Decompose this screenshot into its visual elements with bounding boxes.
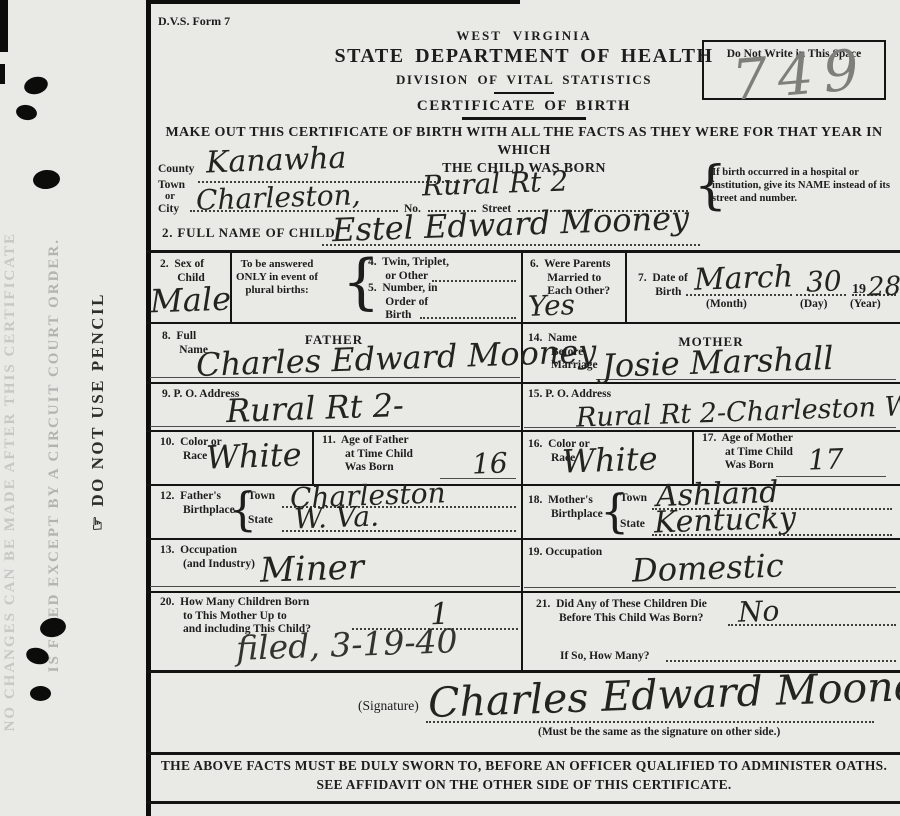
mother-birthplace-label: 18. Mother's Birthplace <box>528 494 603 521</box>
father-state-value: W. Va. <box>294 503 380 534</box>
cell-divider <box>312 430 314 484</box>
father-birthplace-label: 12. Father's Birthplace <box>160 490 235 517</box>
mother-occupation-line <box>524 587 896 588</box>
father-age-value: 16 <box>472 449 509 478</box>
form-number: D.V.S. Form 7 <box>158 14 230 28</box>
birth-order-line <box>420 317 516 319</box>
father-state-label: State <box>248 514 273 528</box>
hole-punch <box>30 686 51 701</box>
mother-race-value: White <box>561 442 658 477</box>
route-value: Rural Rt 2 <box>422 167 569 200</box>
hole-punch <box>22 74 50 97</box>
or-label: or <box>165 191 175 203</box>
birth-year-value: 28 <box>868 273 900 300</box>
mother-occupation-value: Domestic <box>631 549 784 586</box>
pointing-hand-icon: ☞ <box>88 513 107 531</box>
date-of-birth-label: 7. Date of Birth <box>638 272 688 299</box>
hole-punch <box>32 169 61 190</box>
mother-town-label: Town <box>620 492 647 506</box>
section-border <box>146 752 900 755</box>
plural-births-note: To be answered ONLY in event of plural b… <box>236 258 318 297</box>
sex-value: Male <box>149 283 231 318</box>
year-prefix: 19 <box>852 282 866 299</box>
city-value: Charleston, <box>196 181 361 215</box>
mother-age-line <box>776 476 886 477</box>
form-left-border <box>146 0 151 816</box>
children-died-label: 21. Did Any of These Children Die Before… <box>536 598 707 625</box>
center-divider <box>521 250 523 670</box>
father-race-value: White <box>205 438 302 473</box>
how-many-line <box>666 660 896 662</box>
signature-label: (Signature) <box>358 698 419 714</box>
margin-stamp-line2: IS FILED EXCEPT BY A CIRCUIT COURT ORDER… <box>46 238 63 672</box>
file-number-handwritten: 749 <box>730 42 871 110</box>
pencil-stamp-text: DO NOT USE PENCIL <box>88 292 107 507</box>
mother-age-value: 17 <box>808 445 845 474</box>
birth-month-value: March <box>694 262 794 295</box>
child-name-label: 2. FULL NAME OF CHILD <box>162 225 335 240</box>
day-sublabel: (Day) <box>800 298 827 312</box>
father-town-label: Town <box>248 490 275 504</box>
footer-statement-line2: SEE AFFIDAVIT ON THE OTHER SIDE OF THIS … <box>148 777 900 793</box>
hospital-note: If birth occurred in a hospital or insti… <box>712 167 898 206</box>
children-died-value: No <box>738 597 780 626</box>
hole-punch <box>39 616 68 639</box>
scan-edge-artifact <box>0 0 8 52</box>
filed-note: filed, 3-19-40 <box>235 624 458 665</box>
margin-stamp-line1: NO CHANGES CAN BE MADE AFTER THIS CERTIF… <box>2 232 19 731</box>
mother-name-value: Josie Marshall <box>602 342 835 382</box>
county-label: County <box>158 163 194 177</box>
table-border <box>146 250 900 253</box>
mother-po-value: Rural Rt 2-Charleston W.Va. <box>576 391 900 431</box>
signature-value: Charles Edward Mooney <box>427 665 900 724</box>
mother-state-label: State <box>620 518 645 532</box>
mother-age-label: 17. Age of Mother at Time Child Was Born <box>702 432 793 473</box>
city-label: City <box>158 203 179 217</box>
cell-divider <box>692 430 694 484</box>
county-value: Kanawha <box>206 144 347 179</box>
table-border <box>146 322 900 324</box>
how-many-label: If So, How Many? <box>560 650 649 664</box>
bottom-border <box>146 801 900 804</box>
header-rule <box>494 92 554 94</box>
child-name-value: Estel Edward Mooney <box>332 202 690 246</box>
footer-statement-line1: THE ABOVE FACTS MUST BE DULY SWORN TO, B… <box>148 758 900 774</box>
hole-punch <box>15 103 38 121</box>
title-rule <box>462 117 586 120</box>
cell-divider <box>625 250 627 322</box>
signature-note: (Must be the same as the signature on ot… <box>538 726 780 740</box>
scan-edge-artifact <box>0 64 5 84</box>
table-border <box>146 538 900 540</box>
father-age-label: 11. Age of Father at Time Child Was Born <box>322 434 413 475</box>
father-po-value: Rural Rt 2- <box>225 389 404 427</box>
birth-day-value: 30 <box>806 267 843 296</box>
birth-certificate-scan: NO CHANGES CAN BE MADE AFTER THIS CERTIF… <box>0 0 900 816</box>
table-border <box>146 484 900 486</box>
mother-po-label: 15. P. O. Address <box>528 388 611 402</box>
table-border <box>146 382 900 384</box>
father-occupation-value: Miner <box>259 550 364 588</box>
father-occupation-label: 13. Occupation (and Industry) <box>160 544 255 571</box>
table-border <box>146 591 900 593</box>
form-top-border <box>146 0 520 4</box>
mother-occupation-label: 19. Occupation <box>528 546 602 560</box>
twin-line <box>432 280 516 282</box>
month-sublabel: (Month) <box>706 298 747 312</box>
parents-married-value: Yes <box>528 291 576 321</box>
year-sublabel: (Year) <box>850 298 881 312</box>
do-not-use-pencil-stamp: ☞ DO NOT USE PENCIL <box>88 292 108 531</box>
mother-state-value: Kentucky <box>654 504 797 539</box>
